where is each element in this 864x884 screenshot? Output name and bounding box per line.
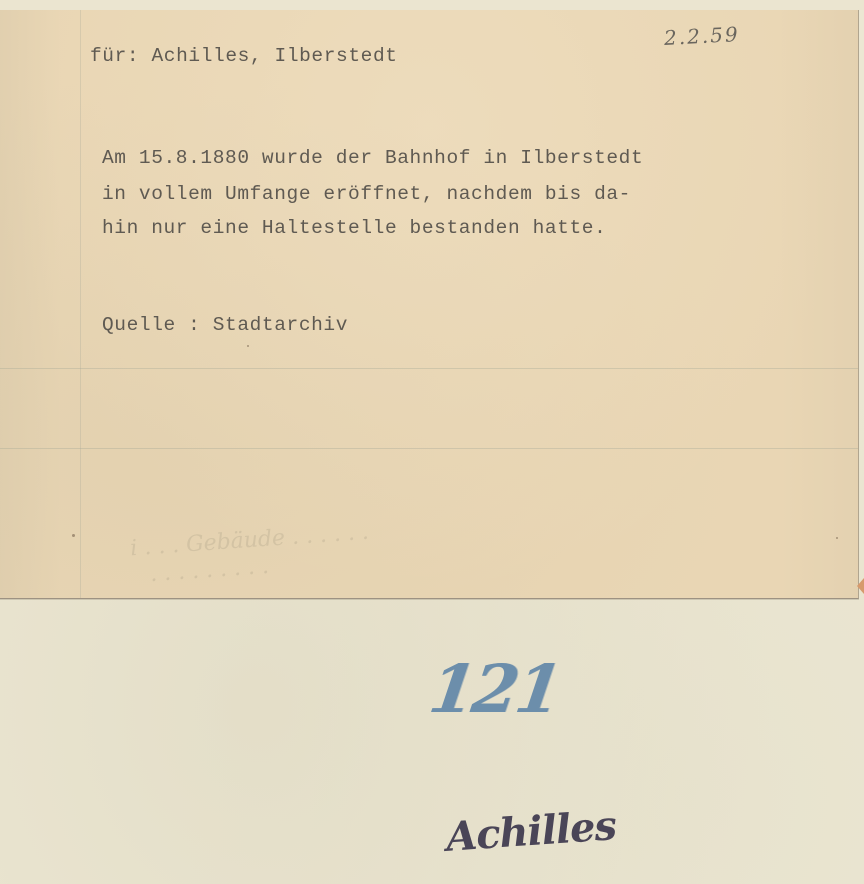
- recipient-line: für: Achilles, Ilberstedt: [90, 38, 398, 75]
- paper-speck: [247, 345, 249, 347]
- ruled-line: [0, 448, 858, 449]
- handwritten-blue-number: 121: [425, 650, 565, 728]
- body-line-2: in vollem Umfange eröffnet, nachdem bis …: [102, 176, 631, 213]
- index-card: 2.2.59 für: Achilles, Ilberstedt Am 15.8…: [0, 10, 859, 599]
- signature: Achilles: [445, 802, 618, 861]
- body-line-1: Am 15.8.1880 wurde der Bahnhof in Ilbers…: [102, 140, 643, 177]
- card-corner-fold: [857, 578, 864, 594]
- ruled-line: [0, 368, 858, 369]
- body-line-3: hin nur eine Haltestelle bestanden hatte…: [102, 210, 606, 247]
- faded-pencil-text: . . . . . . . . .: [149, 554, 269, 587]
- backing-sheet-top-edge: [0, 0, 864, 10]
- source-line: Quelle : Stadtarchiv: [102, 307, 348, 344]
- paper-speck: [72, 534, 75, 537]
- margin-line: [80, 10, 81, 598]
- handwritten-date: 2.2.59: [663, 22, 740, 50]
- paper-speck: [836, 537, 838, 539]
